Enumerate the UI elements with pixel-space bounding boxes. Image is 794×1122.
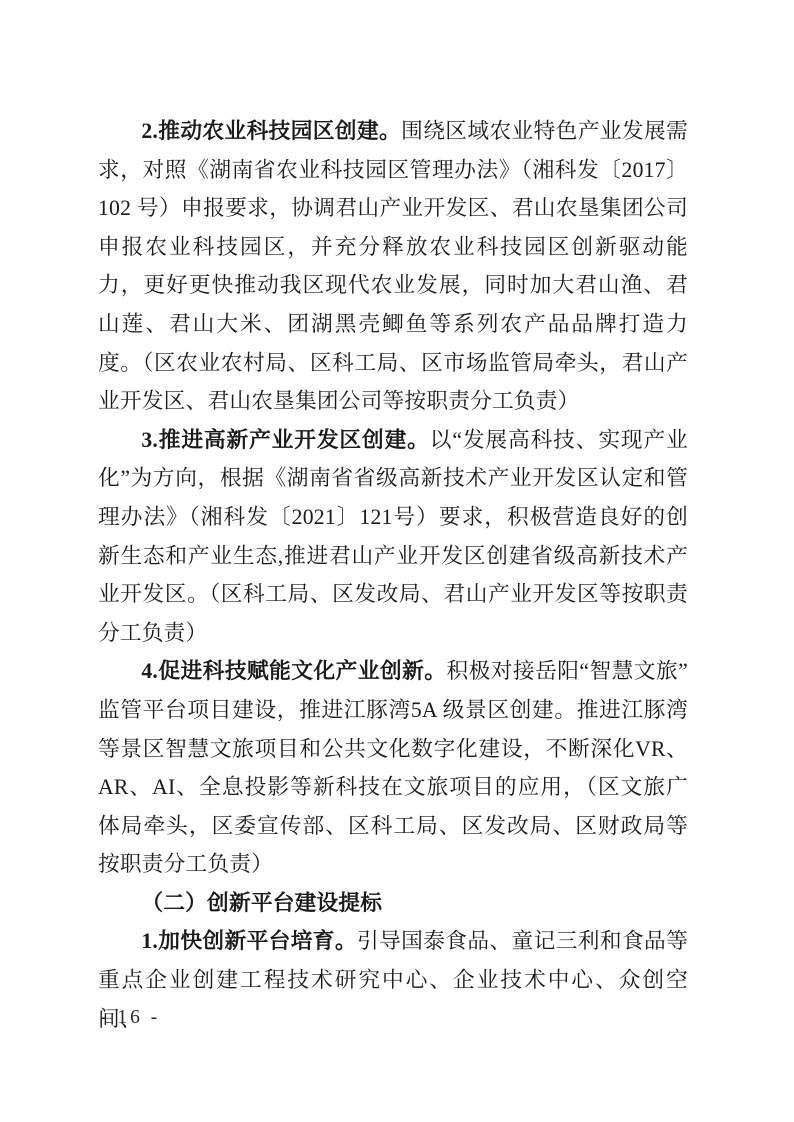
paragraph-item-3-text: 以“发展高科技、实现产业化”为方向，根据《湖南省省级高新技术产业开发区认定和管理… xyxy=(98,428,688,645)
paragraph-item-4: 4.促进科技赋能文化产业创新。积极对接岳阳“智慧文旅”监管平台项目建设，推进江豚… xyxy=(98,652,688,884)
paragraph-item-1-lead: 1.加快创新平台培育。 xyxy=(141,929,357,953)
paragraph-item-2: 2.推动农业科技园区创建。围绕区域农业特色产业发展需求，对照《湖南省农业科技园区… xyxy=(98,112,688,421)
paragraph-item-1: 1.加快创新平台培育。引导国泰食品、童记三利和食品等重点企业创建工程技术研究中心… xyxy=(98,922,688,1038)
paragraph-item-3: 3.推进高新产业开发区创建。以“发展高科技、实现产业化”为方向，根据《湖南省省级… xyxy=(98,421,688,653)
page-number: - 16 - xyxy=(100,1007,160,1029)
document-body: 2.推动农业科技园区创建。围绕区域农业特色产业发展需求，对照《湖南省农业科技园区… xyxy=(98,112,688,1038)
paragraph-item-2-text: 围绕区域农业特色产业发展需求，对照《湖南省农业科技园区管理办法》（湘科发〔201… xyxy=(98,119,688,413)
document-page: 2.推动农业科技园区创建。围绕区域农业特色产业发展需求，对照《湖南省农业科技园区… xyxy=(0,0,794,1122)
section-heading: （二）创新平台建设提标 xyxy=(98,884,688,923)
paragraph-item-3-lead: 3.推进高新产业开发区创建。 xyxy=(141,428,429,452)
paragraph-item-4-lead: 4.促进科技赋能文化产业创新。 xyxy=(141,659,446,683)
paragraph-item-4-text: 积极对接岳阳“智慧文旅”监管平台项目建设，推进江豚湾5A 级景区创建。推进江豚湾… xyxy=(98,659,688,876)
paragraph-item-2-lead: 2.推动农业科技园区创建。 xyxy=(141,119,401,143)
